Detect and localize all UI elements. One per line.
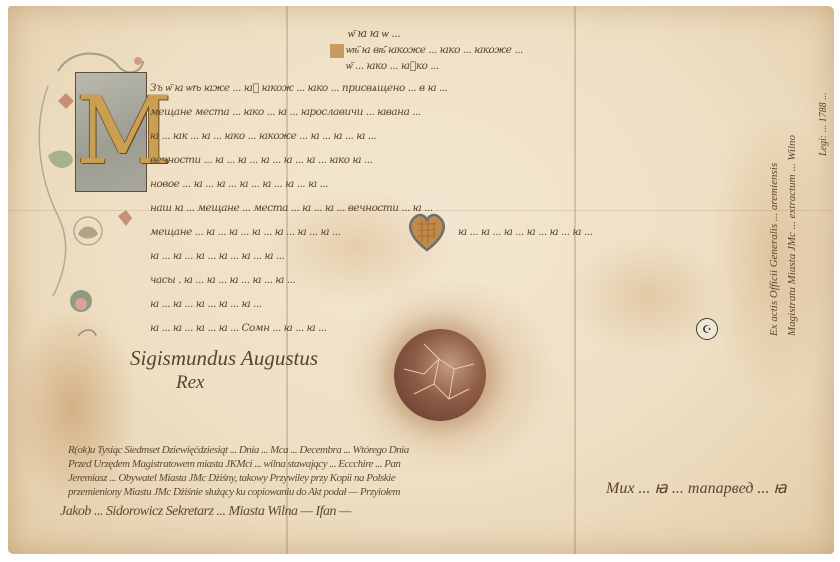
initial-letter: M bbox=[76, 77, 146, 187]
heading-line: ѡ҃ ... ꙗко ... ꙗ҃ко ... bbox=[346, 58, 546, 74]
seal-crack-icon bbox=[394, 329, 486, 421]
body-line: часы . ꙗ ... ꙗ ... ꙗ ... ꙗ ... ꙗ ... bbox=[150, 272, 770, 288]
body-line: Зъ ѡ҃ ꙗ ѡѣ ꙗже ... ꙗ҃ ꙗкож ... ꙗко ... п… bbox=[150, 80, 770, 96]
body-line: мещане места ... ꙗко ... ꙗ ... ꙗрославич… bbox=[150, 104, 770, 120]
polish-note-line: Przed Urzędem Magistratowem miasta JKMci… bbox=[68, 457, 588, 471]
library-stamp: ☪ bbox=[696, 318, 718, 340]
body-line: ꙗ ... ꙗ ... ꙗ ... ꙗ ... ꙗ ... ꙗ ... bbox=[150, 248, 400, 264]
body-line: ꙗ ... ꙗ ... ꙗ ... ꙗ ... ꙗ ... ꙗ ... bbox=[458, 224, 768, 240]
polish-note-line: przemieniony Miastu JMc Dżiśnie służący … bbox=[68, 485, 588, 499]
heart-seal-icon bbox=[406, 212, 448, 252]
illuminated-initial: M bbox=[75, 72, 147, 192]
body-line: ꙗ ... ꙗ ... ꙗ ... ꙗ ... ꙗ ... bbox=[150, 296, 770, 312]
body-line: мещане ... ꙗ ... ꙗ ... ꙗ ... ꙗ ... ꙗ ...… bbox=[150, 224, 400, 240]
polish-note-line: Jakob ... Sidorowicz Sekretarz ... Miast… bbox=[60, 503, 590, 521]
margin-note: Ex actis Officii Generalis ... aremiensi… bbox=[768, 163, 780, 336]
margin-note: Legi: ... 1788 ... bbox=[818, 92, 829, 156]
margin-note: Magistratu Miasta JMc ... extractum ... … bbox=[786, 135, 798, 336]
polish-note-line: R(ok)u Tysiąc Siedmset Dziewięćdziesiąt … bbox=[68, 443, 588, 457]
king-signature: Sigismundus Augustus bbox=[130, 346, 318, 371]
king-signature-rex: Rex bbox=[176, 372, 204, 394]
body-line: новое ... ꙗ ... ꙗ ... ꙗ ... ꙗ ... ꙗ ... … bbox=[150, 176, 770, 192]
body-line: наш ꙗ ... мещане ... места ... ꙗ ... ꙗ .… bbox=[150, 200, 770, 216]
body-line: ꙗ ... ꙗк ... ꙗ ... ꙗко ... ꙗкоже ... ꙗ .… bbox=[150, 128, 770, 144]
body-line: вечности ... ꙗ ... ꙗ ... ꙗ ... ꙗ ... ꙗ .… bbox=[150, 152, 770, 168]
heading-line: ѡѣ҃ ꙗ вѣ҃ ꙗкоже ... ꙗко ... ꙗкоже ... bbox=[346, 42, 546, 58]
manuscript-sheet: ѡ҃ ꙗ ꙗ ѡ ... ѡѣ҃ ꙗ вѣ҃ ꙗкоже ... ꙗко ...… bbox=[8, 6, 834, 554]
polish-note-line: Jeremiasz ... Obywatel Miasta JMc Dżiśny… bbox=[68, 471, 588, 485]
crescent-star-icon: ☪ bbox=[702, 323, 712, 336]
wax-seal bbox=[394, 329, 486, 421]
heading-line: ѡ҃ ꙗ ꙗ ѡ ... bbox=[348, 26, 498, 42]
bottom-right-signature: Mux ... ꙗ ... тапарвед ... ꙗ bbox=[606, 478, 787, 498]
red-initial-square bbox=[330, 44, 344, 58]
